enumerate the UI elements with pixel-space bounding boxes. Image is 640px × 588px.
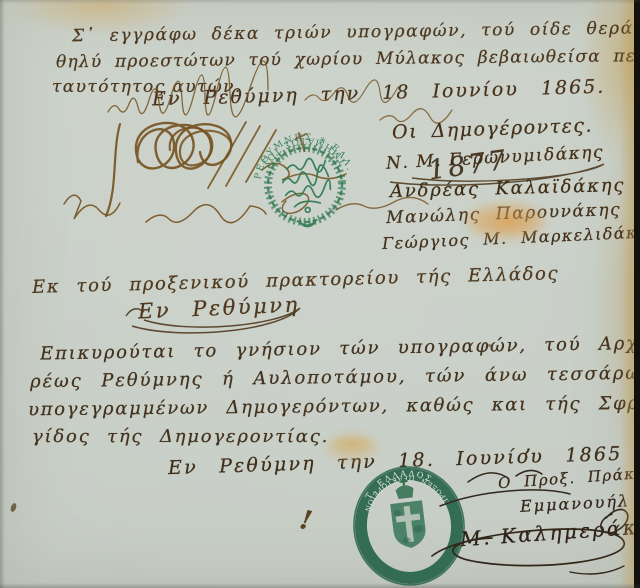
- scan-edge-top: [0, 0, 640, 4]
- demogerontes-heading: Οι Δημογέροντες.: [392, 116, 594, 142]
- round-stamp-text-lower: ΤΜΗΜΑΤΟΣ ΤΟΥ: [257, 132, 349, 172]
- opening-line-2: θηλύ προεστώτων τού χωρίου Μύλακος βεβαι…: [56, 48, 640, 72]
- stain-lower-center: [328, 434, 376, 460]
- ink-speck-small: [488, 344, 491, 347]
- certification-line-2: ρέως Ρεθύμνης ή Αυλοποτάμου, τών άνω τεσ…: [30, 365, 640, 392]
- rethymno-round-stamp: ΡΕΘΥΜΝΗΣ ✳ ΕΛΛ. ΤΜΗΜΑΤΟΣ ΤΟΥ: [242, 122, 368, 248]
- certification-line-3: υπογεγραμμένων Δημογερόντων, καθώς και τ…: [28, 395, 640, 420]
- scan-edge-left: [0, 0, 5, 588]
- scanned-document-page: Σ᾽ εγγράφω δέκα τριών υπογραφών, τού οίδ…: [0, 0, 640, 588]
- certification-line-1: Επικυρούται το γνήσιον τών υπογραφών, το…: [40, 335, 640, 364]
- signature-flourish-loops: [420, 460, 640, 585]
- svg-text:ΤΜΗΜΑΤΟΣ ΤΟΥ: ΤΜΗΜΑΤΟΣ ΤΟΥ: [257, 132, 349, 172]
- ink-speck-left: [10, 502, 18, 512]
- certification-line-4: γίδος τής Δημογεροντίας.: [32, 428, 329, 446]
- stain-mid-right: [468, 204, 544, 238]
- opening-line-1: Σ᾽ εγγράφω δέκα τριών υπογραφών, τού οίδ…: [72, 20, 640, 46]
- signature-name-2: Ανδρέας Καλαϊδάκης: [390, 177, 626, 201]
- exclamation-ink-mark: !: [297, 507, 314, 535]
- heading-flourish: [118, 294, 318, 338]
- ottoman-script-lines: [281, 157, 332, 214]
